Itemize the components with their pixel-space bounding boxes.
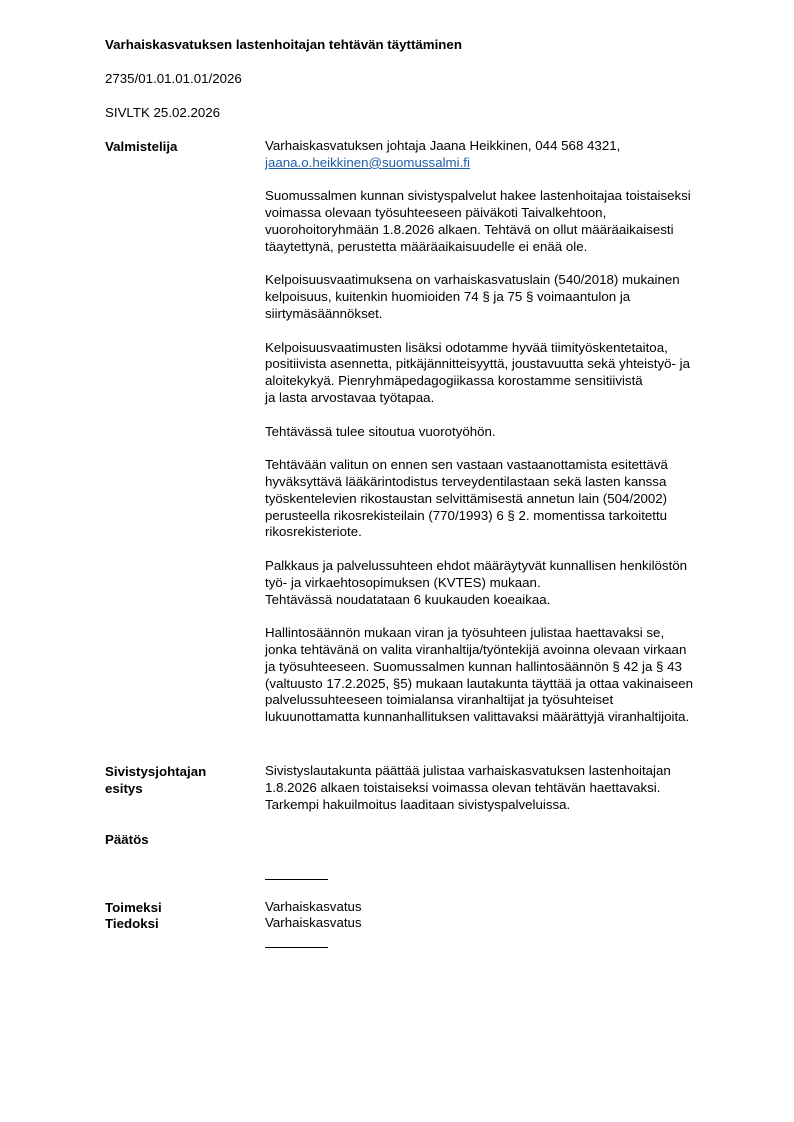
toimeksi-label: Toimeksi: [105, 899, 162, 916]
tiedoksi-label: Tiedoksi: [105, 915, 159, 932]
divider-line: [265, 879, 328, 880]
spacer: [265, 407, 745, 424]
paragraph-qualifications: Kelpoisuusvaatimuksena on varhaiskasvatu…: [265, 272, 745, 322]
paatos-label: Päätös: [105, 831, 149, 848]
paragraph-health-certificate: Tehtävään valitun on ennen sen vastaan v…: [265, 457, 745, 541]
document-title: Varhaiskasvatuksen lastenhoitajan tehtäv…: [105, 37, 462, 52]
paragraph-expectations: Kelpoisuusvaatimusten lisäksi odotamme h…: [265, 340, 745, 407]
divider-line: [265, 947, 328, 948]
esitys-label-line1: Sivistysjohtajan: [105, 763, 206, 780]
preparer-contact: Varhaiskasvatuksen johtaja Jaana Heikkin…: [265, 138, 745, 155]
spacer: [265, 172, 745, 189]
esitys-content: Sivistyslautakunta päättää julistaa varh…: [265, 763, 745, 813]
esitys-text: Sivistyslautakunta päättää julistaa varh…: [265, 763, 745, 813]
paragraph-administrative-rules: Hallintosäännön mukaan viran ja työsuhte…: [265, 625, 745, 726]
spacer: [265, 256, 745, 273]
valmistelija-content: Varhaiskasvatuksen johtaja Jaana Heikkin…: [265, 138, 745, 726]
toimeksi-value: Varhaiskasvatus: [265, 899, 745, 916]
meeting-date: SIVLTK 25.02.2026: [105, 105, 220, 120]
spacer: [265, 323, 745, 340]
esitys-label: Sivistysjohtajan esitys: [105, 763, 206, 797]
paragraph-position: Suomussalmen kunnan sivistyspalvelut hak…: [265, 188, 745, 255]
paragraph-shift-work: Tehtävässä tulee sitoutua vuorotyöhön.: [265, 424, 745, 441]
paragraph-salary: Palkkaus ja palvelussuhteen ehdot määräy…: [265, 558, 745, 608]
esitys-label-line2: esitys: [105, 780, 206, 797]
spacer: [265, 541, 745, 558]
tiedoksi-value: Varhaiskasvatus: [265, 915, 745, 932]
valmistelija-label: Valmistelija: [105, 138, 177, 155]
spacer: [265, 440, 745, 457]
spacer: [265, 608, 745, 625]
reference-number: 2735/01.01.01.01/2026: [105, 71, 242, 86]
document-page: Varhaiskasvatuksen lastenhoitajan tehtäv…: [0, 0, 794, 1122]
preparer-email-link[interactable]: jaana.o.heikkinen@suomussalmi.fi: [265, 155, 745, 172]
